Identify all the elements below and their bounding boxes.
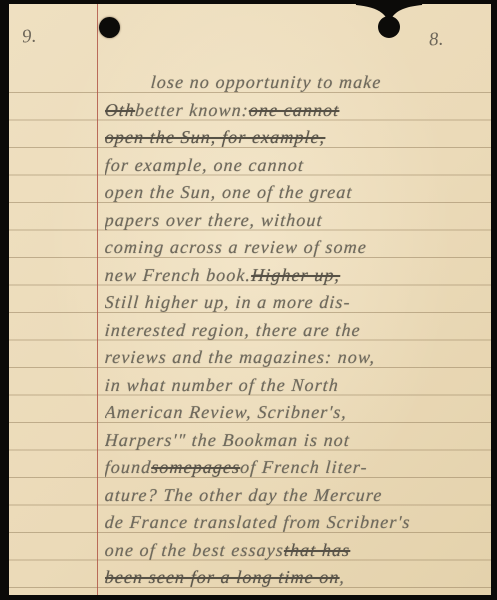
handwritten-text: reviews and the magazines: now, (105, 347, 376, 369)
handwritten-text: Harpers'" the Bookman is not (105, 429, 351, 451)
handwritten-text: coming across a review of some (105, 237, 368, 259)
manuscript-line: American Review, Scribner's, (105, 396, 483, 424)
page-number-left: 9. (21, 26, 37, 49)
handwritten-text: Still higher up, in a more dis- (105, 292, 352, 314)
red-margin-line (97, 4, 98, 595)
manuscript-line: one of the best essays that has (105, 534, 483, 562)
manuscript-line: Harpers'" the Bookman is not (105, 424, 483, 452)
punch-hole (99, 17, 120, 38)
manuscript-line: coming across a review of some (105, 231, 483, 259)
manuscript-line: Oth better known: one cannot (105, 94, 483, 122)
binder-fastener-icon (352, 0, 426, 44)
handwritten-text: , (339, 567, 346, 589)
manuscript-line: been seen for a long time on, (105, 561, 483, 589)
manuscript-line: ature? The other day the Mercure (105, 479, 483, 507)
manuscript-line: lose no opportunity to make (105, 66, 483, 94)
manuscript-line: found some pages of French liter- (105, 451, 483, 479)
handwritten-text: ature? The other day the Mercure (105, 484, 383, 506)
manuscript-line: papers over there, without (105, 204, 483, 232)
manuscript-line: open the Sun, one of the great (105, 176, 483, 204)
manuscript-line: interested region, there are the (105, 314, 483, 342)
manuscript-line: reviews and the magazines: now, (105, 341, 483, 369)
handwritten-text: papers over there, without (105, 209, 323, 231)
struck-text: that has (283, 539, 351, 561)
handwritten-text: open the Sun, one of the great (105, 182, 353, 204)
manuscript-line: Still higher up, in a more dis- (105, 286, 483, 314)
handwritten-text: in what number of the North (105, 374, 340, 396)
manuscript-line: in what number of the North (105, 369, 483, 397)
handwritten-text: new French book. (105, 264, 252, 286)
page-number-right: 8. (428, 29, 444, 52)
struck-text: been seen for a long time on (105, 567, 340, 589)
struck-text: Oth (105, 99, 136, 121)
manuscript-line: de France translated from Scribner's (105, 506, 483, 534)
handwritten-text: lose no opportunity to make (150, 72, 382, 94)
handwritten-text: found (105, 457, 152, 479)
manuscript-line: new French book. Higher up, (105, 259, 483, 287)
handwritten-text: one of the best essays (105, 539, 285, 561)
handwritten-text: of French liter- (239, 457, 368, 479)
handwritten-text: American Review, Scribner's, (105, 402, 348, 424)
manuscript-line: for example, one cannot (105, 149, 483, 177)
handwritten-text: for example, one cannot (105, 154, 305, 176)
struck-text: some (151, 457, 194, 479)
manuscript-text: lose no opportunity to makeOth better kn… (105, 66, 483, 594)
handwritten-text: interested region, there are the (105, 319, 362, 341)
struck-text: one cannot (248, 99, 340, 121)
scan-frame: 9. 8. lose no opportunity to makeOth bet… (0, 0, 497, 600)
manuscript-line: open the Sun, for example, (105, 121, 483, 149)
struck-text: pages (192, 457, 241, 479)
handwritten-text: de France translated from Scribner's (105, 512, 411, 534)
handwritten-text: better known: (134, 99, 249, 121)
struck-text: Higher up, (250, 264, 341, 286)
struck-text: open the Sun, for example, (105, 127, 326, 149)
paper: 9. 8. lose no opportunity to makeOth bet… (9, 4, 491, 595)
